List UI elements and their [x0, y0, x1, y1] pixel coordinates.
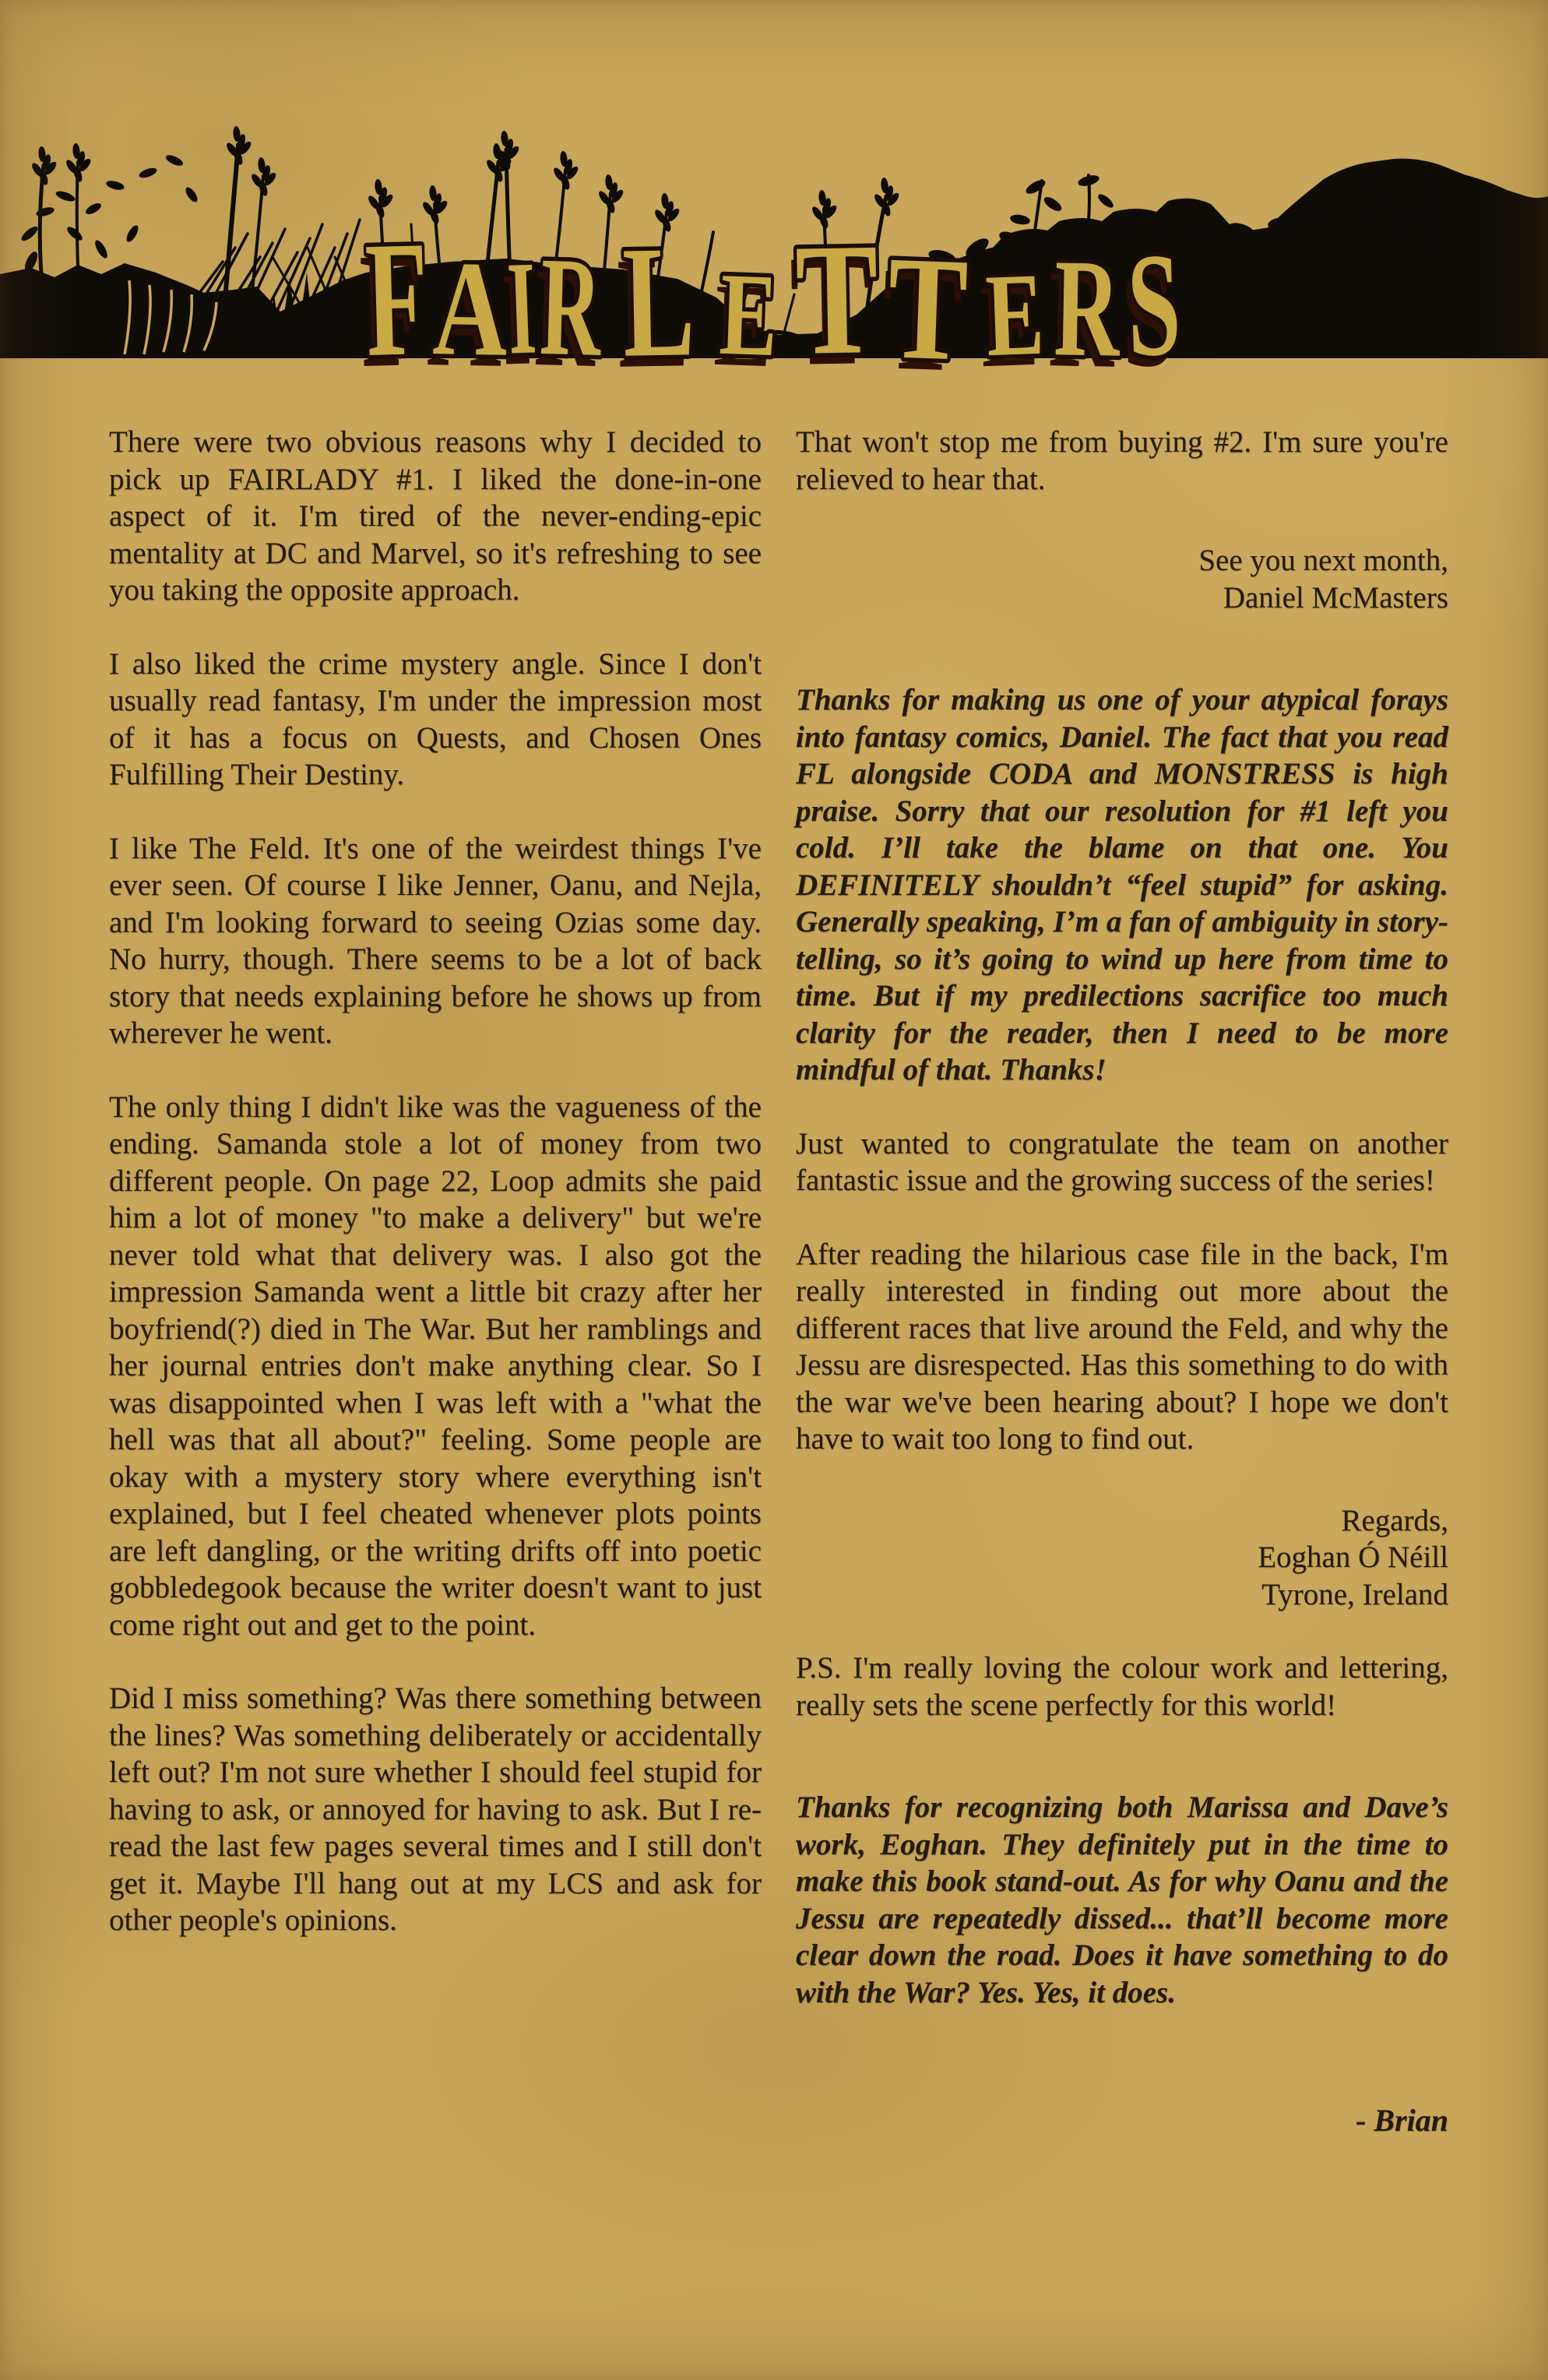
editor-reply: Thanks for recognizing both Marissa and …	[796, 1789, 1448, 2011]
signoff-line: Daniel McMasters	[796, 579, 1448, 617]
svg-text:T: T	[794, 210, 880, 389]
signoff-line: Tyrone, Ireland	[796, 1576, 1448, 1614]
column-left: There were two obvious reasons why I dec…	[109, 424, 762, 2176]
letter-paragraph: Did I miss something? Was there somethin…	[109, 1680, 762, 1939]
column-right: That won't stop me from buying #2. I'm s…	[796, 424, 1448, 2176]
letters-page: FAIRLETTERSFAIRLETTERS There were two ob…	[0, 0, 1548, 2380]
signoff-eoghan: Regards, Eoghan Ó Néill Tyrone, Ireland	[796, 1502, 1448, 1614]
page-header: FAIRLETTERSFAIRLETTERS	[0, 0, 1548, 421]
letter-paragraph: P.S. I'm really loving the colour work a…	[796, 1649, 1448, 1723]
letters-content: There were two obvious reasons why I dec…	[109, 424, 1448, 2176]
letter-paragraph: The only thing I didn't like was the vag…	[109, 1089, 762, 1644]
svg-text:E: E	[718, 248, 780, 381]
editor-reply: Thanks for making us one of your atypica…	[796, 681, 1448, 1089]
svg-text:L: L	[621, 213, 696, 391]
signoff-line: See you next month,	[796, 542, 1448, 579]
svg-text:T: T	[885, 226, 969, 392]
signoff-line: Eoghan Ó Néill	[796, 1539, 1448, 1576]
letter-paragraph: Just wanted to congratulate the team on …	[796, 1125, 1448, 1199]
signature-brian: - Brian	[796, 2102, 1448, 2139]
letter-paragraph: I like The Feld. It's one of the weirdes…	[109, 830, 762, 1052]
svg-text:I: I	[505, 234, 539, 382]
svg-text:R: R	[1053, 230, 1122, 386]
svg-text:E: E	[983, 248, 1046, 381]
signoff-daniel: See you next month, Daniel McMasters	[796, 542, 1448, 616]
svg-text:S: S	[1125, 223, 1182, 388]
grass-silhouette-art: FAIRLETTERSFAIRLETTERS	[0, 0, 1548, 421]
fairletters-logo: FAIRLETTERSFAIRLETTERS	[358, 206, 1183, 403]
signoff-line: Regards,	[796, 1502, 1448, 1540]
svg-text:F: F	[364, 206, 431, 391]
letter-paragraph: That won't stop me from buying #2. I'm s…	[796, 424, 1448, 498]
letter-paragraph: There were two obvious reasons why I dec…	[109, 424, 762, 609]
letter-paragraph: After reading the hilarious case file in…	[796, 1236, 1448, 1458]
letter-paragraph: I also liked the crime mystery angle. Si…	[109, 646, 762, 794]
svg-text:R: R	[538, 228, 604, 386]
svg-text:A: A	[431, 232, 508, 385]
